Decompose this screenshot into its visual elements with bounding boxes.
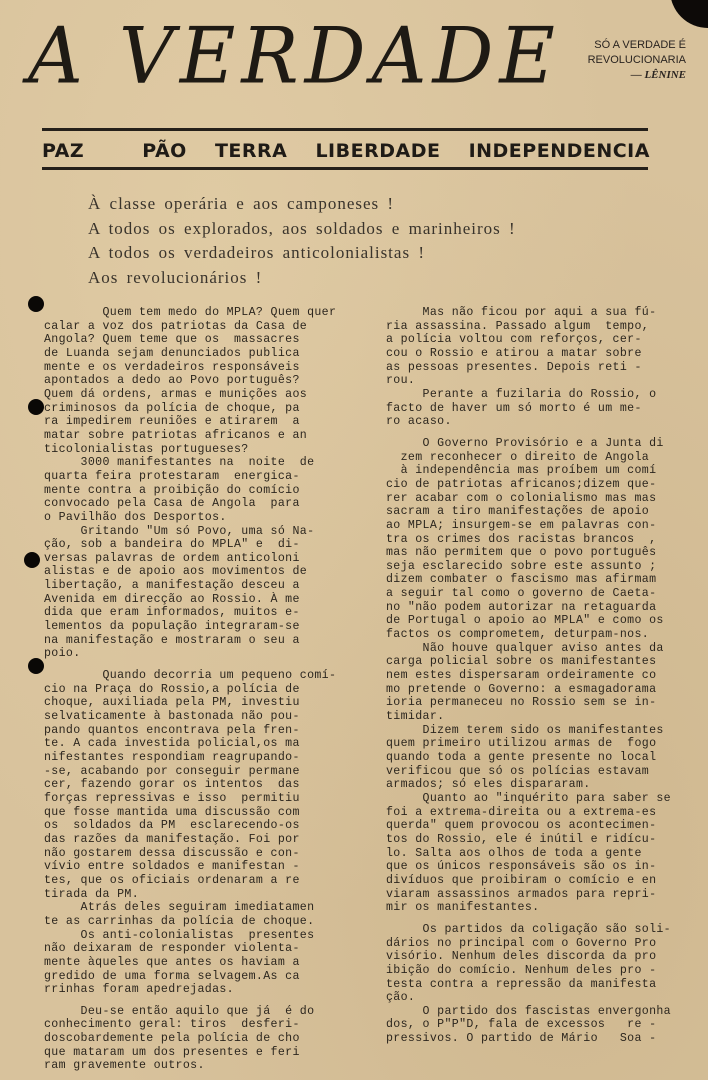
article-text-line: mas não permitem que o povo português [386, 546, 669, 560]
divider-top [42, 128, 648, 131]
article-text-line: alistas e de apoio aos movimentos de [44, 565, 327, 579]
article-text-line: Avenida em direcção ao Rossio. À me [44, 593, 327, 607]
article-text-line: dários no principal com o Governo Pro [386, 937, 669, 951]
article-text-line: tes, que os oficiais ordenaram a re [44, 874, 327, 888]
article-text-line: te. A cada investida policial,os ma [44, 737, 327, 751]
article-text-line: timidar. [386, 710, 669, 724]
article-text-line: ra impedirem reuniões e atirarem a [44, 415, 327, 429]
torn-corner [670, 0, 708, 28]
article-text-line: querda" quem provocou os acontecimen- [386, 819, 669, 833]
article-text-line: foi a extrema-direita ou a extrema-es [386, 806, 669, 820]
article-text-line: nifestantes respondiam reagrupando- [44, 751, 327, 765]
article-text-line: Não houve qualquer aviso antes da [386, 642, 669, 656]
article-text-line: zem reconhecer o direito de Angola [386, 451, 669, 465]
article-text-line: Os anti-colonialistas presentes [44, 929, 327, 943]
article-text-line: forças repressivas e isso permitiu [44, 792, 327, 806]
article-text-line: seja esclarecido sobre este assunto ; [386, 560, 669, 574]
article-column-right: Mas não ficou por aqui a sua fú-ria assa… [386, 306, 669, 1046]
article-text-line: O Governo Provisório e a Junta di [386, 437, 669, 451]
slogan-pao: PÃO [142, 140, 187, 162]
article-text-line: carga policial sobre os manifestantes [386, 655, 669, 669]
article-text-line: mo pretende o Governo: a esmagadorama [386, 683, 669, 697]
article-text-line: Gritando "Um só Povo, uma só Na- [44, 525, 327, 539]
article-text-line: ram gravemente outros. [44, 1059, 327, 1073]
article-text-line: apontados a dedo ao Povo português? [44, 374, 327, 388]
salutation-line: A todos os verdadeiros anticolonialistas… [88, 241, 516, 266]
article-text-line: mente e os verdadeiros responsáveis [44, 361, 327, 375]
article-text-line: mente contra a proibição do comício [44, 484, 327, 498]
article-text-line: calar a voz dos patriotas da Casa de [44, 320, 327, 334]
article-text-line: ao MPLA; insurgem-se em palavras con- [386, 519, 669, 533]
salutation-line: À classe operária e aos camponeses ! [88, 192, 516, 217]
article-text-line: a seguir tal como o governo de Caeta- [386, 587, 669, 601]
article-text-line: cer, fazendo gorar os intentos das [44, 778, 327, 792]
newspaper-title: A VERDADE [28, 17, 561, 95]
article-text-line: de Portugal o apoio ao MPLA" e como os [386, 614, 669, 628]
article-text-line: -se, acabando por conseguir permane [44, 765, 327, 779]
article-text-line: pressivos. O partido de Mário Soa - [386, 1032, 669, 1046]
motto-line-2: REVOLUCIONARIA [578, 53, 686, 68]
article-text-line: cou o Rossio e atirou a matar sobre [386, 347, 669, 361]
article-text-line: cio de patriotas africanos;dizem que- [386, 478, 669, 492]
article-text-line: dos, o P"P"D, fala de excessos re - [386, 1018, 669, 1032]
article-text-line: choque, auxiliada pela PM, investiu [44, 696, 327, 710]
article-text-line: Quando decorria um pequeno comí- [44, 669, 327, 683]
article-text-line: ria assassina. Passado algum tempo, [386, 320, 669, 334]
article-text-line: tra os crimes dos racistas brancos , [386, 533, 669, 547]
article-text-line: Quem tem medo do MPLA? Quem quer [44, 306, 327, 320]
article-text-line: de Luanda sejam denunciados publica [44, 347, 327, 361]
article-text-line: O partido dos fascistas envergonha [386, 1005, 669, 1019]
article-text-line: cio na Praça do Rossio,a polícia de [44, 683, 327, 697]
article-text-line: versas palavras de ordem anticoloni [44, 552, 327, 566]
article-text-line: criminosos da polícia de choque, pa [44, 402, 327, 416]
slogan-liberdade: LIBERDADE [315, 140, 440, 162]
article-text-line: das razões da manifestação. Foi por [44, 833, 327, 847]
article-text-line: Quanto ao "inquérito para saber se [386, 792, 669, 806]
article-text-line: os soldados da PM esclarecendo-os [44, 819, 327, 833]
article-text-line: dida que eram informados, muitos e- [44, 606, 327, 620]
article-text-line: convocado pela Casa de Angola para [44, 497, 327, 511]
article-text-line: divíduos que proibiram o comício e en [386, 874, 669, 888]
article-text-line: mir os manifestantes. [386, 901, 669, 915]
motto-author: — LÊNINE [578, 68, 686, 83]
article-text-line: sacram a tiro manifestações de apoio [386, 505, 669, 519]
article-text-line: Os partidos da coligação são soli- [386, 923, 669, 937]
article-text-line: rrinhas foram apedrejadas. [44, 983, 327, 997]
article-text-line: que os únicos responsáveis são os in- [386, 860, 669, 874]
article-text-line: quando toda a gente presente no local [386, 751, 669, 765]
article-text-line: Deu-se então aquilo que já é do [44, 1005, 327, 1019]
article-text-line: conhecimento geral: tiros desferi- [44, 1018, 327, 1032]
article-text-line: verificou que só os polícias estavam [386, 765, 669, 779]
article-text-line: libertação, a manifestação desceu a [44, 579, 327, 593]
article-text-line: nem estes dispersaram ordeiramente co [386, 669, 669, 683]
article-text-line: facto de haver um só morto é um me- [386, 402, 669, 416]
article-text-line: factos os comprometem, deturpam-nos. [386, 628, 669, 642]
article-column-left: Quem tem medo do MPLA? Quem quercalar a … [44, 306, 327, 1073]
article-text-line: pando quantos encontrava pela fren- [44, 724, 327, 738]
article-text-line: ibição do comício. Nenhum deles pro - [386, 964, 669, 978]
article-text-line: não deixaram de responder violenta- [44, 942, 327, 956]
article-text-line: matar sobre patriotas africanos e an [44, 429, 327, 443]
article-text-line: na manifestação e mostraram o seu a [44, 634, 327, 648]
slogan-paz: PAZ [42, 140, 84, 162]
article-text-line: armados; só eles dispararam. [386, 778, 669, 792]
article-text-line: à independência mas proíbem um comí [386, 464, 669, 478]
article-text-line: te as carrinhas da polícia de choque. [44, 915, 327, 929]
article-text-line: que fosse mantida uma discussão com [44, 806, 327, 820]
article-text-line: ro acaso. [386, 415, 669, 429]
article-text-line: quarta feira protestaram energica- [44, 470, 327, 484]
article-text-line: doscobardemente pela polícia de cho [44, 1032, 327, 1046]
punch-hole [28, 296, 44, 312]
salutation-line: Aos revolucionários ! [88, 266, 516, 291]
article-text-line: Atrás deles seguiram imediatamen [44, 901, 327, 915]
article-text-line: Dizem terem sido os manifestantes [386, 724, 669, 738]
article-text-line: vívio entre soldados e manifestan - [44, 860, 327, 874]
punch-hole [28, 399, 44, 415]
article-text-line: Mas não ficou por aqui a sua fú- [386, 306, 669, 320]
article-text-line: rer acabar com o colonialismo mas mas [386, 492, 669, 506]
article-text-line: ção, sob a bandeira do MPLA" e di- [44, 538, 327, 552]
article-text-line: testa contra a repressão da manifesta [386, 978, 669, 992]
article-text-line: 3000 manifestantes na noite de [44, 456, 327, 470]
article-text-line: que mataram um dos presentes e feri [44, 1046, 327, 1060]
article-text-line: tirada da PM. [44, 888, 327, 902]
article-text-line: no "não podem autorizar na retaguarda [386, 601, 669, 615]
punch-hole [28, 658, 44, 674]
article-text-line: o Pavilhão dos Desportos. [44, 511, 327, 525]
motto-line-1: SÓ A VERDADE É [578, 38, 686, 53]
article-text-line: não gostarem dessa discussão e con- [44, 847, 327, 861]
salutation-line: A todos os explorados, aos soldados e ma… [88, 217, 516, 242]
article-text-line: rou. [386, 374, 669, 388]
article-text-line: visório. Nenhum deles discorda da pro [386, 950, 669, 964]
article-text-line: viaram assassinos armados para repri- [386, 888, 669, 902]
article-text-line: lementos da população integraram-se [44, 620, 327, 634]
article-text-line: a polícia voltou com reforços, cer- [386, 333, 669, 347]
article-text-line: as pessoas presentes. Depois reti - [386, 361, 669, 375]
article-text-line: dizem combater o fascismo mas afirmam [386, 573, 669, 587]
article-text-line: mente àqueles que antes os haviam a [44, 956, 327, 970]
article-text-line: quem primeiro utilizou armas de fogo [386, 737, 669, 751]
article-text-line: selvaticamente à bastonada não pou- [44, 710, 327, 724]
motto: SÓ A VERDADE É REVOLUCIONARIA — LÊNINE [578, 38, 686, 83]
slogan-terra: TERRA [215, 140, 287, 162]
divider-bottom [42, 167, 648, 170]
article-text-line: ioria permaneceu no Rossio sem se in- [386, 696, 669, 710]
article-text-line: lo. Salta aos olhos de toda a gente [386, 847, 669, 861]
article-text-line: poio. [44, 647, 327, 661]
article-text-line: Quem dá ordens, armas e munições aos [44, 388, 327, 402]
article-text-line: Perante a fuzilaria do Rossio, o [386, 388, 669, 402]
article-text-line: tos do Rossio, ele é inútil e ridícu- [386, 833, 669, 847]
punch-hole [24, 552, 40, 568]
slogan-independencia: INDEPENDENCIA [469, 140, 650, 162]
article-text-line: Angola? Quem teme que os massacres [44, 333, 327, 347]
article-text-line: ção. [386, 991, 669, 1005]
slogan-bar: PAZ PÃO TERRA LIBERDADE INDEPENDENCIA [42, 140, 650, 162]
article-text-line: gredido de uma forma selvagem.As ca [44, 970, 327, 984]
salutations: À classe operária e aos camponeses ! A t… [88, 192, 516, 290]
article-text-line: ticolonialistas portugueses? [44, 443, 327, 457]
